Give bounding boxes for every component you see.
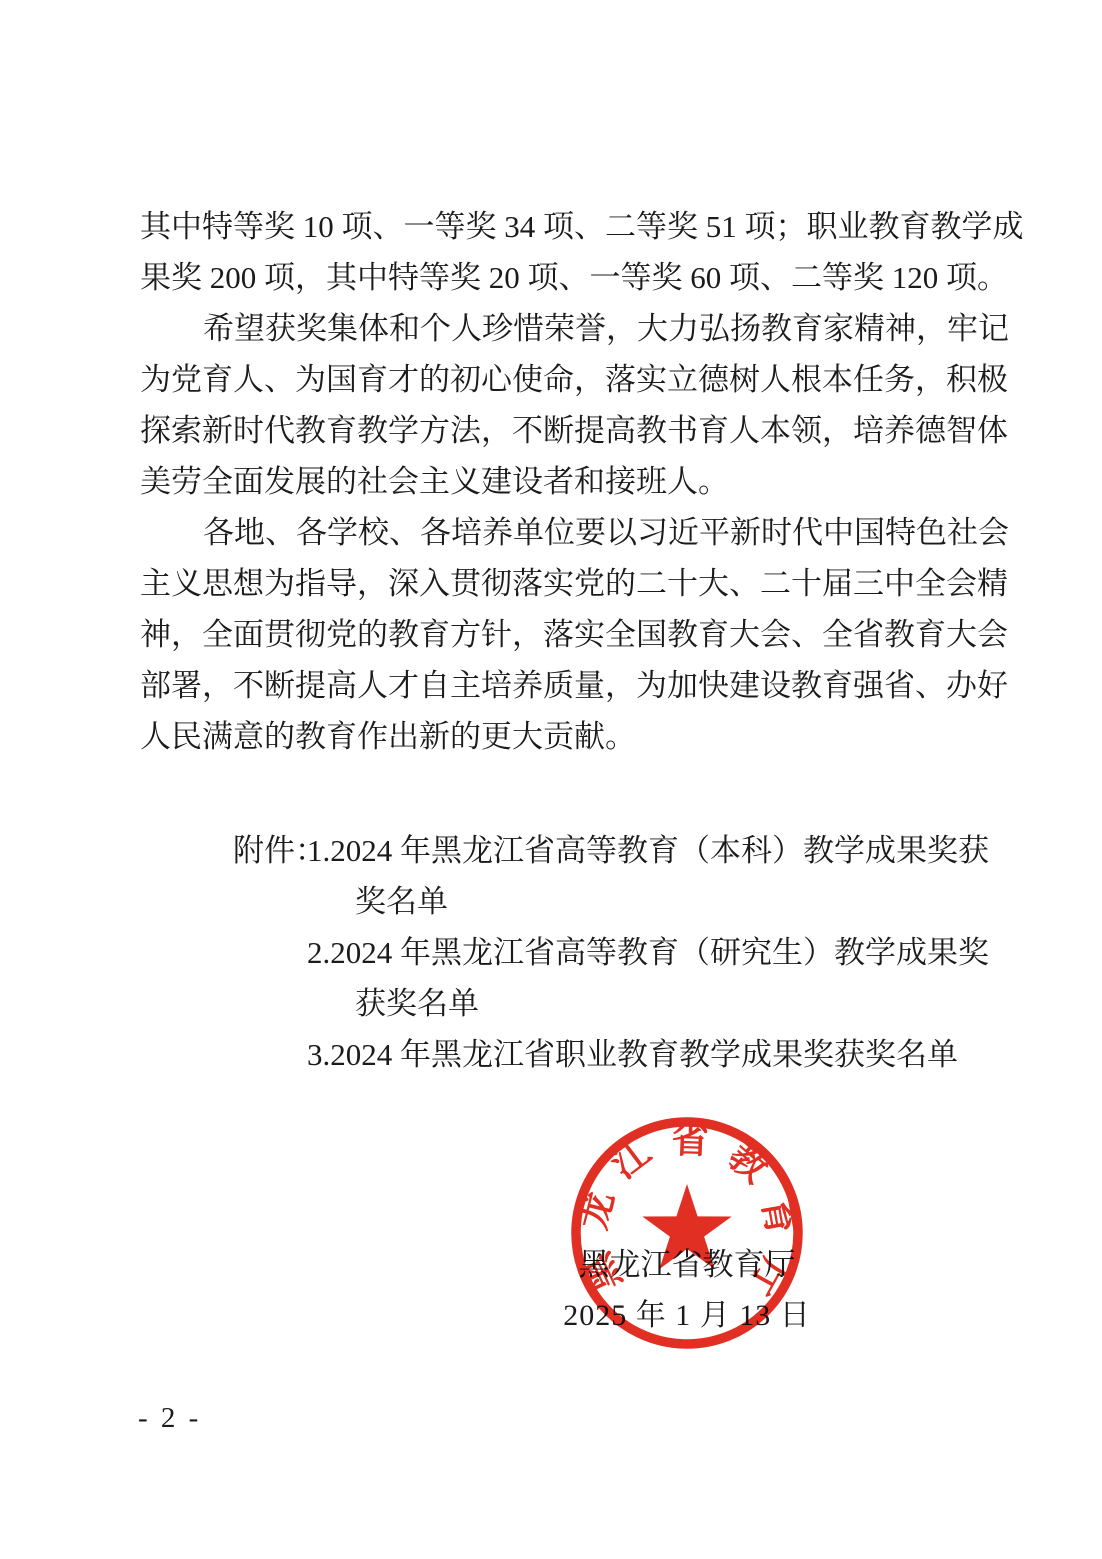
attachment-line: 获奖名单 bbox=[307, 978, 989, 1029]
seal-char: 厅 bbox=[741, 1251, 796, 1304]
attachment-label: 附件： bbox=[233, 825, 326, 876]
body-line: 部署，不断提高人才自主培养质量，为加快建设教育强省、办好 bbox=[140, 660, 972, 711]
attachment-line: 1.2024 年黑龙江省高等教育（本科）教学成果奖获 bbox=[307, 825, 989, 876]
attachment-block: 附件： 1.2024 年黑龙江省高等教育（本科）教学成果奖获奖名单2.2024 … bbox=[233, 825, 989, 1080]
body-line: 为党育人、为国育才的初心使命，落实立德树人根本任务，积极 bbox=[140, 354, 972, 405]
body-line: 果奖 200 项，其中特等奖 20 项、一等奖 60 项、二等奖 120 项。 bbox=[140, 252, 972, 303]
body-line: 其中特等奖 10 项、一等奖 34 项、二等奖 51 项；职业教育教学成 bbox=[140, 201, 972, 252]
seal-char: 教 bbox=[720, 1135, 776, 1192]
page-number: - 2 - bbox=[138, 1402, 201, 1435]
document-page: 其中特等奖 10 项、一等奖 34 项、二等奖 51 项；职业教育教学成果奖 2… bbox=[0, 0, 1102, 1559]
seal-char: 省 bbox=[671, 1119, 709, 1162]
body-line: 各地、各学校、各培养单位要以习近平新时代中国特色社会 bbox=[140, 507, 972, 558]
attachment-items: 1.2024 年黑龙江省高等教育（本科）教学成果奖获奖名单2.2024 年黑龙江… bbox=[307, 825, 989, 1080]
seal-star-icon bbox=[642, 1184, 731, 1269]
attachment-line: 2.2024 年黑龙江省高等教育（研究生）教学成果奖 bbox=[307, 927, 989, 978]
seal-char: 江 bbox=[604, 1132, 658, 1187]
body-line: 神，全面贯彻党的教育方针，落实全国教育大会、全省教育大会 bbox=[140, 609, 972, 660]
body-line: 希望获奖集体和个人珍惜荣誉，大力弘扬教育家精神，牢记 bbox=[140, 303, 972, 354]
seal-char: 育 bbox=[754, 1195, 802, 1239]
body-line: 主义思想为指导，深入贯彻落实党的二十大、二十届三中全会精 bbox=[140, 558, 972, 609]
attachment-line: 3.2024 年黑龙江省职业教育教学成果奖获奖名单 bbox=[307, 1029, 989, 1080]
body-line: 人民满意的教育作出新的更大贡献。 bbox=[140, 711, 972, 762]
body-line: 探索新时代教育教学方法，不断提高教书育人本领，培养德智体 bbox=[140, 405, 972, 456]
seal-char: 黑 bbox=[576, 1246, 630, 1298]
attachment-line: 奖名单 bbox=[307, 876, 989, 927]
official-seal: 黑龙江省教育厅 bbox=[569, 1115, 805, 1351]
body-line: 美劳全面发展的社会主义建设者和接班人。 bbox=[140, 456, 972, 507]
body-text: 其中特等奖 10 项、一等奖 34 项、二等奖 51 项；职业教育教学成果奖 2… bbox=[140, 201, 972, 762]
